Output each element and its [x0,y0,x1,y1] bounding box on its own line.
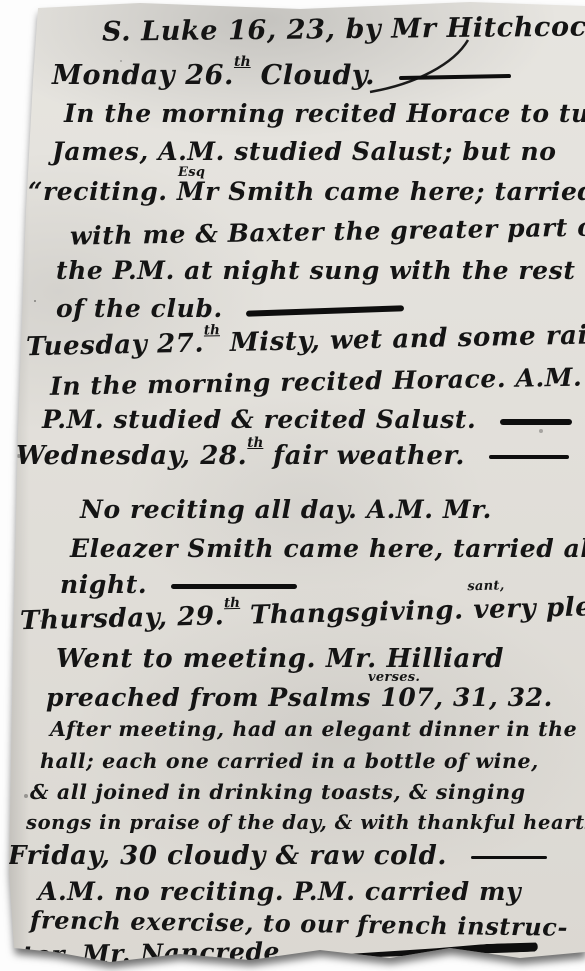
manuscript-line: with me & Baxter the greater part of [70,213,585,251]
weather-note: Misty, wet and some rainy [220,320,585,358]
ink-dash [500,419,572,425]
day-label: Thursday, 29. [20,601,225,636]
manuscript-line: P.M. studied & recited Salust. [42,406,572,435]
ordinal-superscript: th [234,54,251,70]
line-text: preached from Psalms 107, [46,683,453,712]
manuscript-line: In the morning recited Horace to tutor [64,100,585,129]
ink-dash [313,941,538,962]
line-text: tor, Mr. Nancrede. [22,937,290,970]
line-text: Smith came here; tarried [228,177,585,206]
ordinal-superscript: th [204,322,220,338]
manuscript-line: No reciting all day. A.M. Mr. [80,496,492,525]
line-text: No reciting all day. A.M. Mr. [80,495,492,524]
manuscript-line: hall; each one carried in a bottle of wi… [40,750,539,774]
ink-dash [471,856,547,859]
manuscript-line: & all joined in drinking toasts, & singi… [30,781,526,805]
manuscript-line: night. [60,571,297,600]
line-text: & all joined in drinking toasts, & singi… [30,780,526,804]
weather-note: fair weather. [263,441,465,471]
interlinear-insertion: sant, [467,579,505,595]
manuscript-line: James, A.M. studied Salust; but no [52,138,557,167]
line-text: A.M. no reciting. P.M. carried my [38,877,521,906]
manuscript-line: Eleazer Smith came here, tarried all [70,535,585,564]
line-text: with me & Baxter the greater part of [70,212,585,250]
line-text: P.M. studied & recited Salust. [42,405,476,434]
manuscript-line: “reciting. Mr Smith came here; tarried E… [28,178,585,207]
line-text: of the club. [56,294,223,323]
line-text: After meeting, had an elegant dinner in … [50,717,577,741]
friday-heading: Friday, 30 cloudy & raw cold. [8,842,547,872]
ink-dash [399,74,511,80]
manuscript-line: Went to meeting. Mr. Hilliard [56,645,504,675]
manuscript-photo: S. Luke 16, 23, by Mr Hitchcock Monday 2… [0,0,585,971]
line-text: songs in praise of the day, & with thank… [26,811,585,834]
line-text: In the morning recited Horace. A.M. & [50,362,585,401]
ink-dash [246,305,404,317]
line-text: 31, 32. [453,683,553,712]
paper-sheet: S. Luke 16, 23, by Mr Hitchcock Monday 2… [0,0,585,971]
line-text: In the morning recited Horace to tutor [64,99,585,128]
weather-note: Cloudy. [251,60,375,91]
manuscript-line: After meeting, had an elegant dinner in … [50,718,577,742]
line-text: Went to meeting. Mr. Hilliard [56,644,504,674]
scripture-text: S. Luke 16, 23, by Mr Hitchcock [102,11,585,47]
tuesday-heading: Tuesday 27.th Misty, wet and some rainy [26,321,585,363]
day-label: Monday 26. [52,60,234,91]
manuscript-line: tor, Mr. Nancrede. [22,934,538,970]
line-text: Eleazer Smith came here, tarried all [70,534,585,563]
manuscript-line: of the club. [56,295,404,324]
paper-shadow: S. Luke 16, 23, by Mr Hitchcock Monday 2… [0,0,585,971]
line-text: “reciting. Mr [28,177,228,206]
day-label: Tuesday 27. [26,329,205,363]
day-label: Friday, 30 cloudy & raw cold. [8,841,447,871]
wednesday-heading: Wednesday, 28.th fair weather. [16,442,569,472]
line-text: James, A.M. studied Salust; but no [52,137,557,166]
manuscript-line: songs in praise of the day, & with thank… [26,812,585,834]
line-text: hall; each one carried in a bottle of wi… [40,749,539,773]
interlinear-insertion: verses. [368,671,420,686]
day-label: Wednesday, 28. [16,441,247,471]
line-text: night. [60,570,147,599]
manuscript-line: A.M. no reciting. P.M. carried my [38,878,521,907]
ink-dash [171,584,297,589]
manuscript-line: In the morning recited Horace. A.M. & [50,363,585,402]
monday-heading: Monday 26.th Cloudy. [52,60,511,91]
ink-dash [489,455,569,459]
ordinal-superscript: th [224,595,240,611]
paper-speck [0,0,2,2]
ordinal-superscript: th [247,435,263,451]
manuscript-line: preached from Psalms 107, 31, 32. verses… [46,684,553,713]
interlinear-insertion: Esq [178,166,205,181]
scripture-heading: S. Luke 16, 23, by Mr Hitchcock [102,11,585,47]
manuscript-line: the P.M. at night sung with the rest [56,257,576,286]
handwriting-layer: S. Luke 16, 23, by Mr Hitchcock Monday 2… [0,0,585,971]
line-text: the P.M. at night sung with the rest [56,256,576,285]
